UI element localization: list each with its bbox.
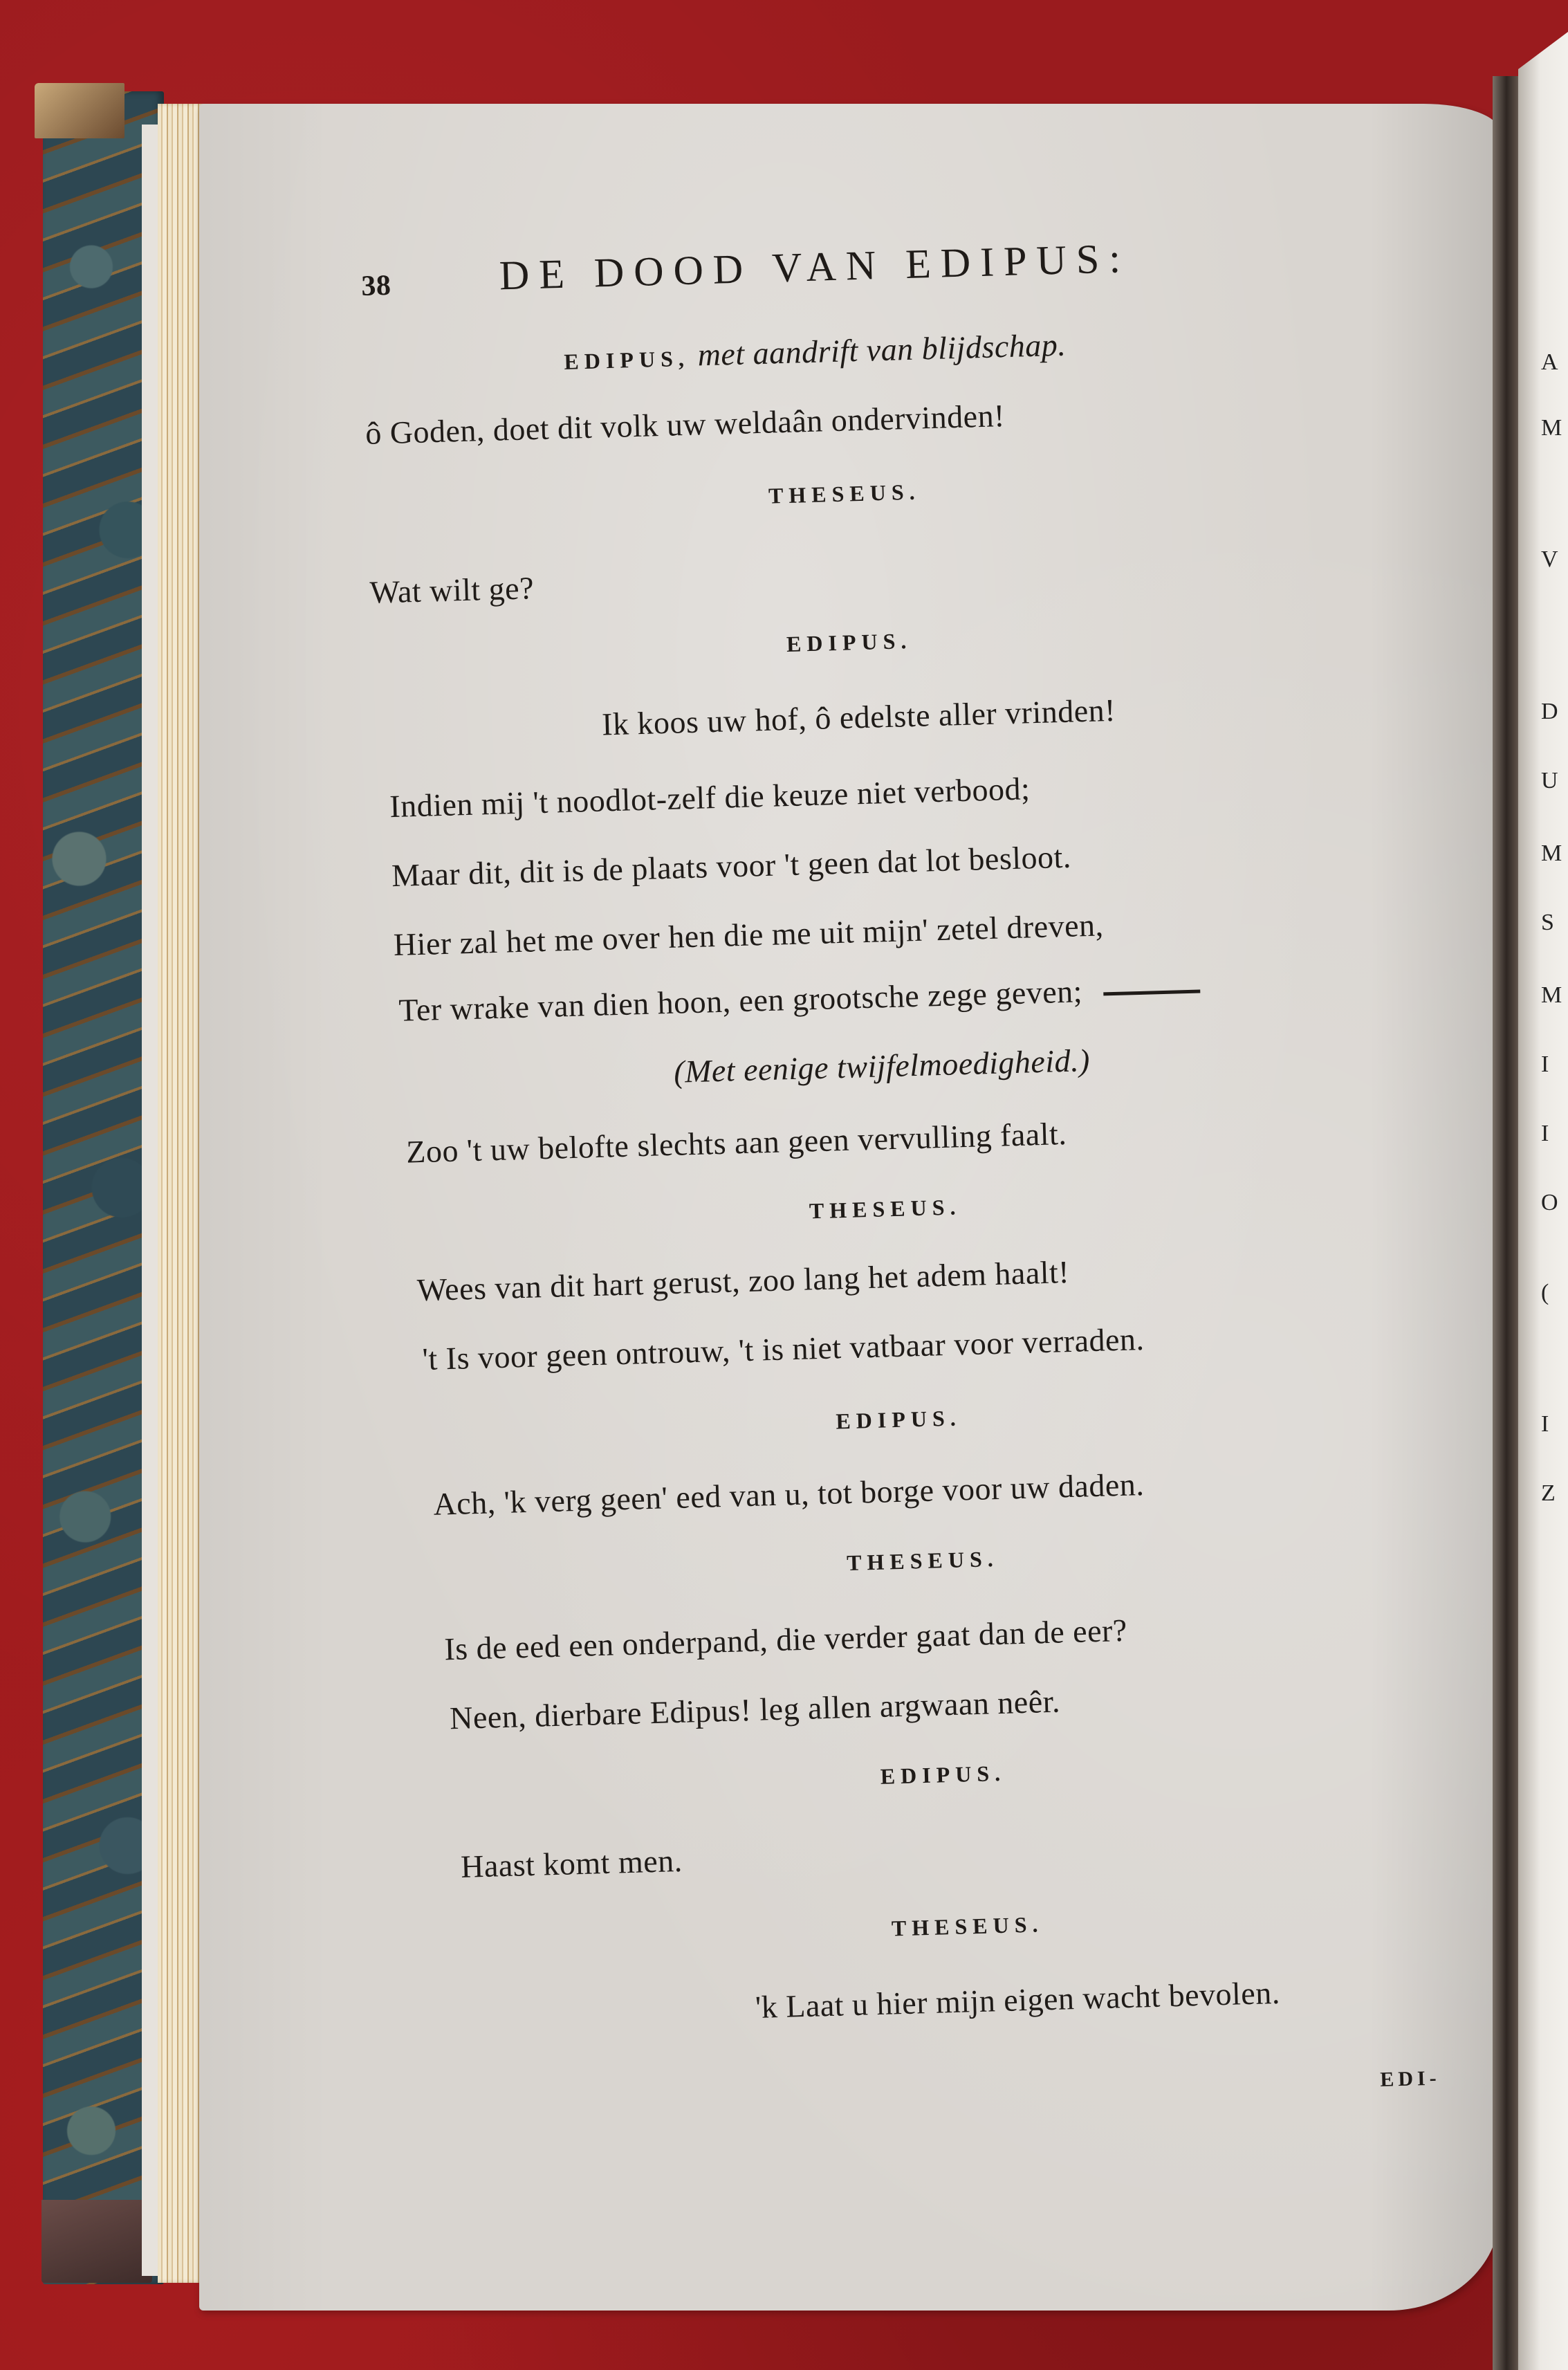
- leather-cover-corner: [35, 83, 124, 138]
- speaker-name: THESEUS.: [809, 1194, 961, 1224]
- speaker-name: THESEUS.: [891, 1911, 1044, 1941]
- facing-letter: O: [1541, 1190, 1558, 1216]
- facing-letter: I: [1541, 1411, 1549, 1437]
- facing-letter: A: [1541, 349, 1558, 376]
- em-dash-rule: [1103, 989, 1200, 995]
- facing-letter: S: [1541, 910, 1554, 936]
- facing-letter: M: [1541, 982, 1562, 1009]
- speaker-name: THESEUS.: [768, 479, 921, 509]
- facing-letter: Z: [1541, 1480, 1556, 1507]
- page-edge-stack: [158, 104, 203, 2283]
- speaker-name: EDIPUS.: [786, 628, 912, 657]
- facing-page-text: A M V D U M S M I I O ( I Z: [1535, 0, 1568, 2370]
- facing-letter: M: [1541, 415, 1562, 441]
- speaker-name: EDIPUS,: [564, 346, 690, 374]
- facing-letter: I: [1541, 1121, 1549, 1147]
- speaker-name: EDIPUS.: [836, 1405, 961, 1434]
- catchword: EDI-: [1380, 2066, 1441, 2091]
- page-number: 38: [361, 269, 391, 303]
- verse-line: Wat wilt ge?: [369, 569, 535, 611]
- speaker-name: EDIPUS.: [880, 1761, 1006, 1790]
- facing-letter: U: [1541, 768, 1558, 794]
- facing-letter: I: [1541, 1051, 1549, 1078]
- facing-letter: V: [1541, 546, 1558, 573]
- leather-cover-bottom: [41, 2200, 152, 2283]
- facing-letter: (: [1541, 1280, 1549, 1306]
- verse-line: Haast komt men.: [460, 1842, 683, 1885]
- facing-letter: M: [1541, 840, 1562, 867]
- speaker-name: THESEUS.: [847, 1546, 999, 1576]
- facing-letter: D: [1541, 699, 1558, 725]
